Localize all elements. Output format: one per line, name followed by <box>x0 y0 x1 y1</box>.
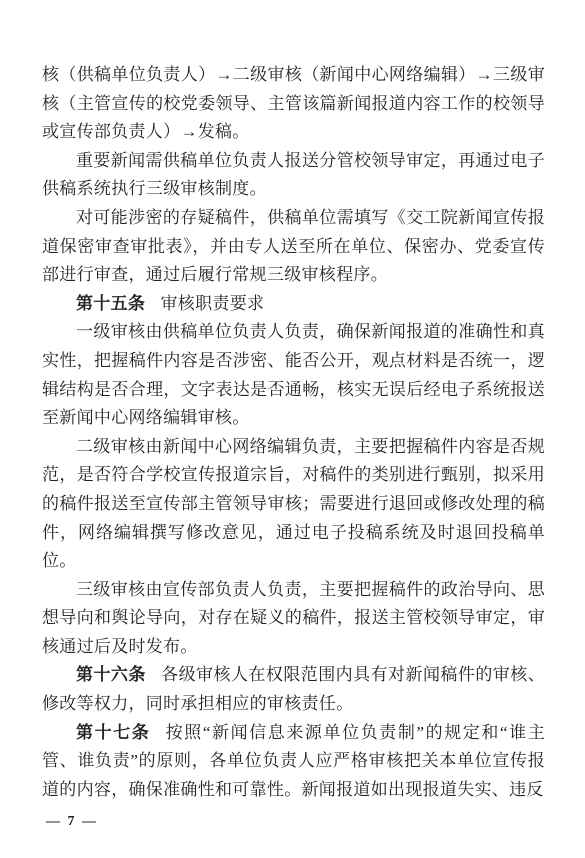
article-paragraph: 第十六条各级审核人在权限范围内具有对新闻稿件的审核、修改等权力，同时承担相应的审… <box>42 661 545 718</box>
article-number: 第十七条 <box>76 723 150 742</box>
body-paragraph: 重要新闻需供稿单位负责人报送分管校领导审定，再通过电子供稿系统执行三级审核制度。 <box>42 147 545 204</box>
article-paragraph: 第十五条审核职责要求 <box>42 290 545 319</box>
paragraph-text: 重要新闻需供稿单位负责人报送分管校领导审定，再通过电子供稿系统执行三级审核制度。 <box>42 151 545 199</box>
body-paragraph: 对可能涉密的存疑稿件，供稿单位需填写《交工院新闻宣传报道保密审查审批表》，并由专… <box>42 204 545 290</box>
article-number: 第十六条 <box>76 665 146 684</box>
paragraph-text: 一级审核由供稿单位负责人负责，确保新闻报道的准确性和真实性，把握稿件内容是否涉密… <box>42 322 545 427</box>
paragraph-text: 二级审核由新闻中心网络编辑负责，主要把握稿件内容是否规范，是否符合学校宣传报道宗… <box>42 437 545 570</box>
body-paragraph: 一级审核由供稿单位负责人负责，确保新闻报道的准确性和真实性，把握稿件内容是否涉密… <box>42 318 545 432</box>
body-paragraph: 核（供稿单位负责人）→二级审核（新闻中心网络编辑）→三级审核（主管宣传的校党委领… <box>42 61 545 147</box>
paragraph-text: 对可能涉密的存疑稿件，供稿单位需填写《交工院新闻宣传报道保密审查审批表》，并由专… <box>42 208 545 284</box>
paragraph-text: 核（供稿单位负责人）→二级审核（新闻中心网络编辑）→三级审核（主管宣传的校党委领… <box>42 65 545 141</box>
document-page: 核（供稿单位负责人）→二级审核（新闻中心网络编辑）→三级审核（主管宣传的校党委领… <box>0 0 585 858</box>
body-paragraph: 三级审核由宣传部负责人负责，主要把握稿件的政治导向、思想导向和舆论导向，对存在疑… <box>42 576 545 662</box>
page-number: — 7 — <box>46 814 98 830</box>
document-body: 核（供稿单位负责人）→二级审核（新闻中心网络编辑）→三级审核（主管宣传的校党委领… <box>42 61 545 804</box>
paragraph-text: 审核职责要求 <box>161 294 265 313</box>
article-number: 第十五条 <box>76 294 145 313</box>
article-paragraph: 第十七条按照“新闻信息来源单位负责制”的规定和“谁主管、谁负责”的原则，各单位负… <box>42 719 545 805</box>
body-paragraph: 二级审核由新闻中心网络编辑负责，主要把握稿件内容是否规范，是否符合学校宣传报道宗… <box>42 433 545 576</box>
paragraph-text: 三级审核由宣传部负责人负责，主要把握稿件的政治导向、思想导向和舆论导向，对存在疑… <box>42 580 545 656</box>
